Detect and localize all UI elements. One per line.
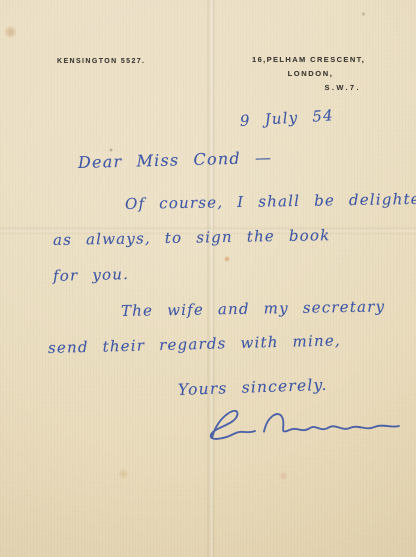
date-line: 9 July 54 xyxy=(239,106,334,130)
body-line: The wife and my secretary xyxy=(121,297,386,320)
body-line: as always, to sign the book xyxy=(53,226,331,249)
address-line-1: 16,PELHAM CRESCENT, xyxy=(252,55,365,64)
letterhead-phone: KENSINGTON 5527. xyxy=(57,58,145,65)
closing-line: Yours sincerely. xyxy=(178,376,328,399)
salutation-line: Dear Miss Cond — xyxy=(78,148,273,172)
vertical-fold-crease xyxy=(206,0,216,557)
signature-stroke xyxy=(210,405,399,439)
body-line: send their regards with mine, xyxy=(48,331,341,357)
body-line: Of course, I shall be delighted, xyxy=(125,190,416,213)
body-line: for you. xyxy=(53,265,130,285)
foxing-spot xyxy=(279,472,288,480)
address-line-3: S.W.7. xyxy=(252,83,369,92)
signature xyxy=(197,397,404,462)
foxing-spot xyxy=(118,469,129,479)
foxing-spot xyxy=(4,26,17,38)
letter-sheet: KENSINGTON 5527. 16,PELHAM CRESCENT, LON… xyxy=(0,0,416,557)
letterhead-address: 16,PELHAM CRESCENT, LONDON, S.W.7. xyxy=(252,55,369,92)
paper-speck xyxy=(361,12,366,16)
foxing-spot xyxy=(224,256,230,262)
address-line-2: LONDON, xyxy=(252,69,369,78)
